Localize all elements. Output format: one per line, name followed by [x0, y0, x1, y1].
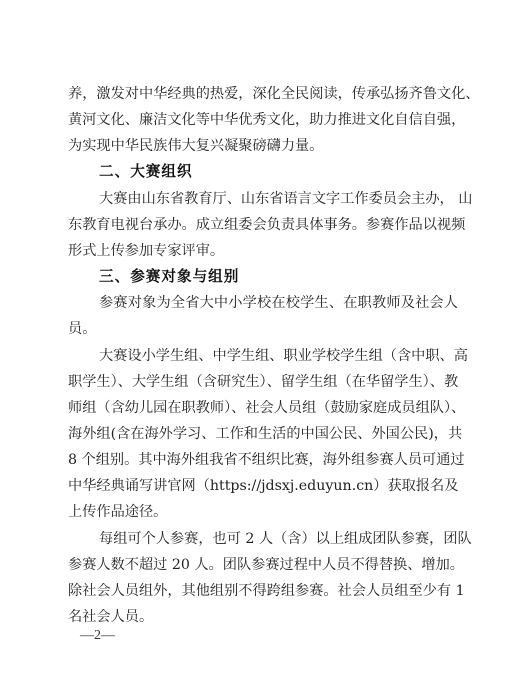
body-text-line: 形式上传参加专家评审。: [68, 241, 458, 261]
body-text-line: 每组可个人参赛，也可 2 人（含）以上组成团队参赛，团队: [99, 529, 458, 549]
document-page: 养，激发对中华经典的热爱，深化全民阅读，传承弘扬齐鲁文化、 黄河文化、廉洁文化等…: [0, 0, 525, 700]
body-text-line: 黄河文化、廉洁文化等中华优秀文化，助力推进文化自信自强，: [68, 110, 458, 130]
section-heading-organization: 二、大赛组织: [99, 162, 193, 182]
body-text-line: 名社会人员。: [68, 607, 458, 627]
body-text-line: 海外组(含在海外学习、工作和生活的中国公民、外国公民)，共: [68, 424, 458, 444]
body-text-line: 上传作品途径。: [68, 502, 458, 522]
body-text-line: 8 个组别。其中海外组我省不组织比赛，海外组参赛人员可通过: [68, 450, 458, 470]
body-text-line: 参赛对象为全省大中小学校在校学生、在职教师及社会人: [99, 293, 458, 313]
body-text-line: 大赛设小学生组、中学生组、职业学校学生组（含中职、高: [99, 346, 458, 366]
body-text-line: 为实现中华民族伟大复兴凝聚磅礴力量。: [68, 136, 458, 156]
page-number: —2—: [80, 627, 115, 645]
body-text-line: 除社会人员组外，其他组别不得跨组参赛。社会人员组至少有 1: [68, 581, 458, 601]
body-text-line: 养，激发对中华经典的热爱，深化全民阅读，传承弘扬齐鲁文化、: [68, 84, 458, 104]
body-text-line: 参赛人数不超过 20 人。团队参赛过程中人员不得替换、增加。: [68, 555, 458, 575]
body-text-line: 中华经典诵写讲官网（https://jdsxj.eduyun.cn）获取报名及: [68, 476, 458, 496]
body-text-line: 东教育电视台承办。成立组委会负责具体事务。参赛作品以视频: [68, 215, 458, 235]
section-heading-participants: 三、参赛对象与组别: [99, 267, 239, 287]
body-text-line: 员。: [68, 319, 458, 339]
body-text-line: 大赛由山东省教育厅、山东省语言文字工作委员会主办， 山: [99, 189, 458, 209]
body-text-line: 职学生）、大学生组（含研究生）、留学生组（在华留学生）、教: [68, 372, 458, 392]
body-text-line: 师组（含幼儿园在职教师）、社会人员组（鼓励家庭成员组队）、: [68, 398, 458, 418]
